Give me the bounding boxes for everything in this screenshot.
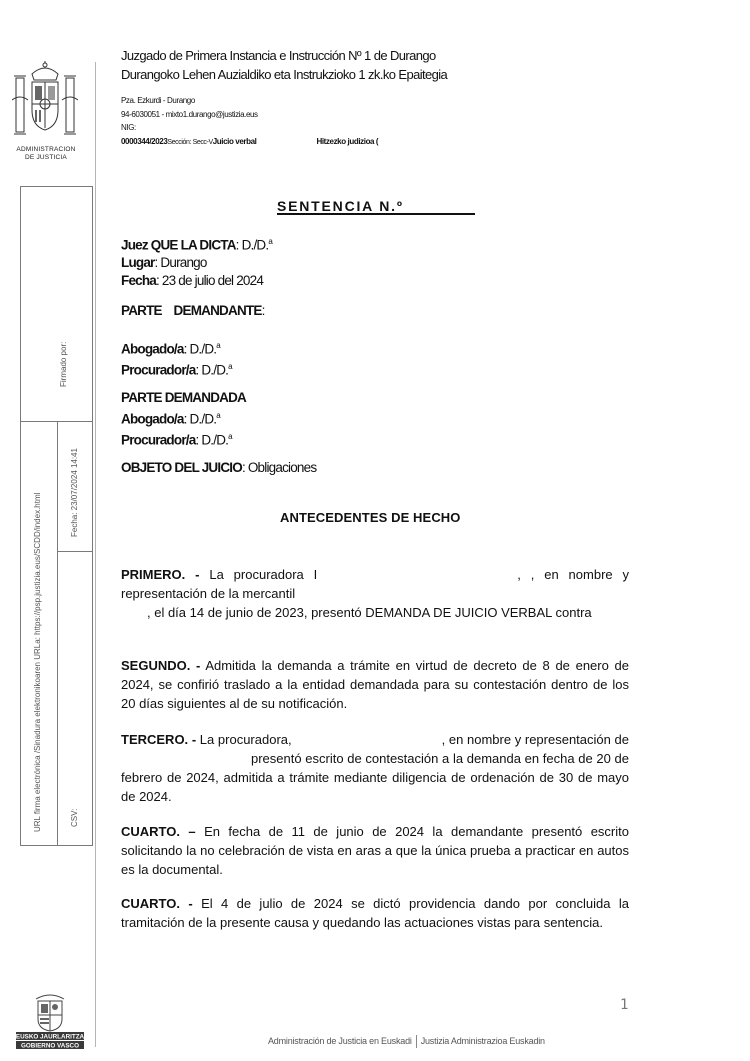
case-number: 0000344/2023 [121,137,167,146]
date-line: Fecha: 23 de julio del 2024 [121,272,272,290]
document-title: SENTENCIA N.º [277,198,404,214]
paragraph-primero: PRIMERO. - La procuradora I, , en nombre… [121,565,629,622]
paragraph-segundo: SEGUNDO. - Admitida la demanda a trámite… [121,656,629,713]
divider [57,551,93,552]
title-underline [277,213,475,215]
crest-caption-line-1: ADMINISTRACION [0,146,92,154]
facts-heading: ANTECEDENTES DE HECHO [280,510,461,525]
procedure-es: Juicio verbal [213,137,257,146]
court-name-es: Juzgado de Primera Instancia e Instrucci… [121,46,447,65]
ordinal: a [268,237,272,246]
signature-date-label: Fecha: 23/07/2024 14:41 [70,448,79,537]
date-value: : 23 de julio del 2024 [156,273,263,288]
signed-by-label: Firmado por: [59,342,68,387]
defendant-solicitor: Procurador/a: D./D.a [121,428,246,449]
judge-label: Juez QUE LA DICTA [121,238,236,253]
judge-line: Juez QUE LA DICTA: D./D.a [121,233,272,254]
case-line: 0000344/2023Sección: Secc-VJuicio verbal… [121,135,378,150]
paragraph-tercero: TERCERO. - La procuradora,, en nombre y … [121,730,629,806]
plaintiff-heading: PARTE DEMANDANTE: [121,302,265,320]
page-number: 1 [620,997,628,1013]
crest-caption-line-2: DE JUSTICIA [0,154,92,162]
paragraph-cuarto-2: CUARTO. - El 4 de julio de 2024 se dictó… [121,894,629,932]
page-footer: Administración de Justicia en EuskadiJus… [268,1035,545,1048]
place-label: Lugar [121,255,155,270]
divider [57,421,58,846]
signature-url-label[interactable]: URL firma electrónica /Sinadura elektron… [33,493,42,832]
csv-label: CSV: [70,809,79,827]
judgment-meta: Juez QUE LA DICTA: D./D.a Lugar: Durango… [121,233,272,289]
crest-caption: ADMINISTRACION DE JUSTICIA [0,146,92,162]
court-contact: 94-6030051 - mixto1.durango@justizia.eus [121,108,378,122]
court-address-block: Pza. Ezkurdi - Durango 94-6030051 - mixt… [121,94,378,149]
svg-text:EUSKO JAURLARITZA: EUSKO JAURLARITZA [16,1034,85,1041]
court-heading: Juzgado de Primera Instancia e Instrucci… [121,46,447,84]
plaintiff-lawyer: Abogado/a: D./D.a [121,337,232,358]
court-address: Pza. Ezkurdi - Durango [121,94,378,108]
defendant-heading: PARTE DEMANDADA [121,389,246,407]
subject-line: OBJETO DEL JUICIO: Obligaciones [121,459,316,477]
signature-box: Firmado por: URL firma electrónica /Sina… [20,186,93,846]
paragraph-cuarto-1: CUARTO. – En fecha de 11 de junio de 202… [121,822,629,879]
footer-text-es: Administración de Justicia en Euskadi [268,1036,412,1046]
plaintiff-parties: Abogado/a: D./D.a Procurador/a: D./D.a [121,337,232,379]
margin-rule [95,62,96,1047]
basque-government-logo-icon: EUSKO JAURLARITZA GOBIERNO VASCO [14,993,86,1049]
case-section: Sección: Secc-V [167,139,212,146]
nig-label: NIG: [121,121,378,135]
judge-value: : D./D. [236,238,269,253]
place-value: : Durango [155,255,207,270]
plaintiff-solicitor: Procurador/a: D./D.a [121,358,232,379]
spanish-coat-of-arms-icon [12,60,78,142]
footer-separator [416,1035,417,1048]
defendant-parties: PARTE DEMANDADA Abogado/a: D./D.a Procur… [121,389,246,449]
footer-text-eu: Justizia Administrazioa Euskadin [421,1036,545,1046]
place-line: Lugar: Durango [121,254,272,272]
defendant-lawyer: Abogado/a: D./D.a [121,407,246,428]
date-label: Fecha [121,273,156,288]
court-name-eu: Durangoko Lehen Auzialdiko eta Instrukzi… [121,65,447,84]
svg-text:GOBIERNO VASCO: GOBIERNO VASCO [21,1043,79,1050]
procedure-eu: Hitzezko judizioa ( [316,137,378,146]
